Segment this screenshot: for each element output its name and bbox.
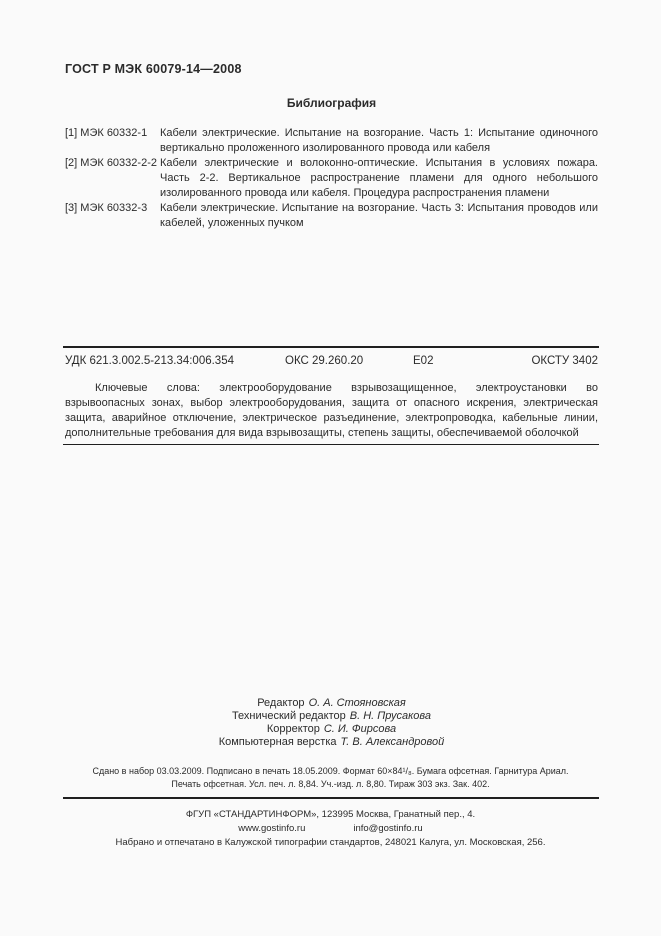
- credit-line: Технический редакторВ. Н. Прусакова: [65, 710, 598, 723]
- credit-role: Технический редактор: [232, 710, 346, 722]
- group-code: Е02: [413, 355, 433, 367]
- publisher-block: ФГУП «СТАНДАРТИНФОРМ», 123995 Москва, Гр…: [40, 808, 621, 850]
- bibliography-ref: [1] МЭК 60332-1: [65, 126, 160, 141]
- imprint-line-1: Сдано в набор 03.03.2009. Подписано в пе…: [40, 765, 621, 778]
- credit-line: Компьютерная версткаТ. В. Александровой: [65, 736, 598, 749]
- bibliography-ref: [3] МЭК 60332-3: [65, 201, 160, 216]
- divider-above-publisher: [63, 797, 599, 799]
- printer-address: Набрано и отпечатано в Калужской типогра…: [40, 836, 621, 850]
- imprint-block: Сдано в набор 03.03.2009. Подписано в пе…: [40, 765, 621, 791]
- credit-line: КорректорС. И. Фирсова: [65, 723, 598, 736]
- bibliography-text: Кабели электрические и волоконно-оптичес…: [160, 156, 598, 201]
- bibliography-ref: [2] МЭК 60332-2-2: [65, 156, 160, 171]
- oks-code: ОКС 29.260.20: [285, 355, 363, 367]
- credit-name: Т. В. Александровой: [341, 736, 445, 748]
- credit-name: С. И. Фирсова: [324, 723, 396, 735]
- publisher-website: www.gostinfo.ru: [238, 822, 305, 836]
- credit-name: О. А. Стояновская: [309, 697, 406, 709]
- bibliography-entry: [3] МЭК 60332-3 Кабели электрические. Ис…: [65, 201, 598, 231]
- credit-name: В. Н. Прусакова: [350, 710, 431, 722]
- imprint-line-2: Печать офсетная. Усл. печ. л. 8,84. Уч.-…: [40, 778, 621, 791]
- credit-role: Компьютерная верстка: [219, 736, 337, 748]
- bibliography-entry: [1] МЭК 60332-1 Кабели электрические. Ис…: [65, 126, 598, 156]
- publisher-email: info@gostinfo.ru: [353, 822, 422, 836]
- bibliography-text: Кабели электрические. Испытание на возго…: [160, 201, 598, 231]
- credit-role: Редактор: [257, 697, 304, 709]
- okstu-code: ОКСТУ 3402: [531, 355, 598, 367]
- bibliography-entry: [2] МЭК 60332-2-2 Кабели электрические и…: [65, 156, 598, 201]
- scanned-document-page: ГОСТ Р МЭК 60079-14—2008 Библиография [1…: [0, 0, 661, 936]
- publisher-contacts: www.gostinfo.ruinfo@gostinfo.ru: [40, 822, 621, 836]
- divider-below-keywords: [63, 444, 599, 445]
- credit-line: РедакторО. А. Стояновская: [65, 697, 598, 710]
- keywords-paragraph: Ключевые слова: электрооборудование взры…: [65, 381, 598, 441]
- bibliography-list: [1] МЭК 60332-1 Кабели электрические. Ис…: [65, 126, 598, 231]
- document-number-header: ГОСТ Р МЭК 60079-14—2008: [65, 62, 242, 76]
- publisher-address: ФГУП «СТАНДАРТИНФОРМ», 123995 Москва, Гр…: [40, 808, 621, 822]
- udk-code: УДК 621.3.002.5-213.34:006.354: [65, 355, 234, 367]
- page-title: Библиография: [65, 96, 598, 110]
- credit-role: Корректор: [267, 723, 320, 735]
- divider-above-classification: [63, 346, 599, 348]
- bibliography-text: Кабели электрические. Испытание на возго…: [160, 126, 598, 156]
- credits-block: РедакторО. А. Стояновская Технический ре…: [65, 697, 598, 749]
